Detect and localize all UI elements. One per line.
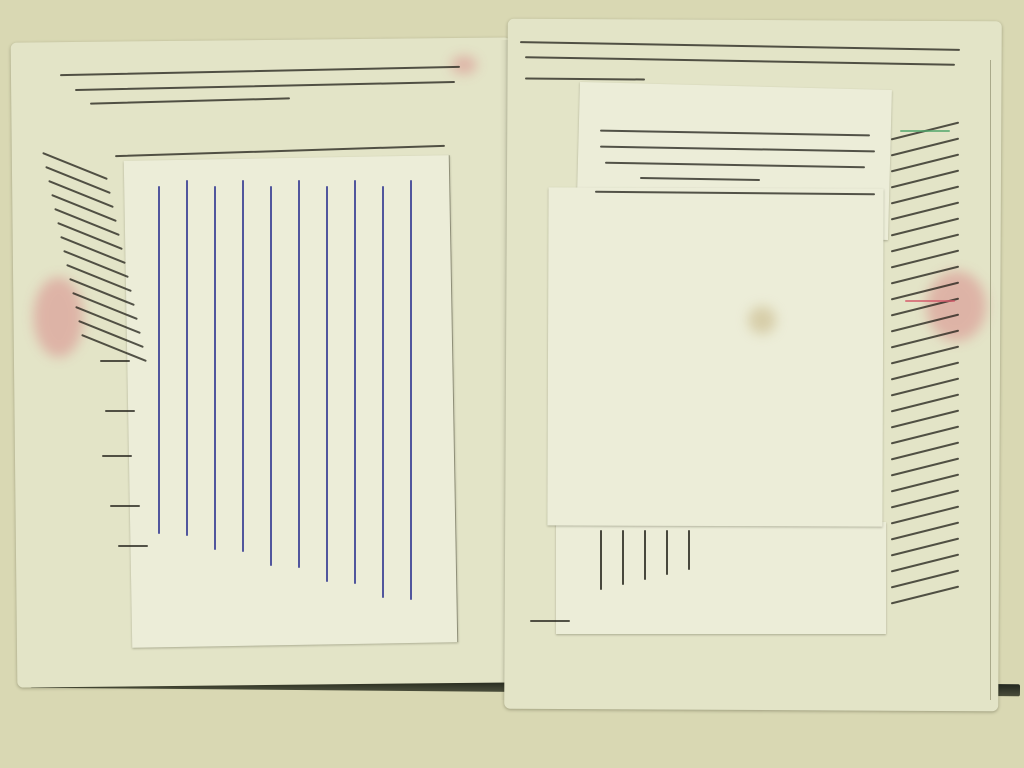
blue-ink-slip [124,155,458,648]
handwriting-stroke [270,186,272,566]
handwriting-stroke [326,186,328,582]
handwriting-stroke [382,186,384,598]
red-stain [451,56,477,74]
red-stain [33,277,84,358]
handwriting-stroke [102,455,132,457]
handwriting-stroke [186,180,188,536]
handwriting-stroke [688,530,690,570]
handwriting-stroke [298,180,300,568]
handwriting-stroke [900,130,950,132]
handwriting-stroke [214,186,216,550]
handwriting-stroke [410,180,412,600]
handwriting-stroke [110,505,140,507]
lower-slip [556,522,886,634]
handwriting-stroke [100,360,130,362]
handwriting-stroke [530,620,570,622]
handwriting-stroke [622,530,624,585]
handwriting-stroke [242,180,244,552]
handwriting-stroke [666,530,668,575]
handwriting-stroke [600,530,602,590]
handwriting-stroke [118,545,148,547]
blank-slip [547,187,883,526]
handwriting-stroke [905,300,955,302]
handwriting-stroke [158,186,160,534]
handwriting-stroke [644,530,646,580]
handwriting-stroke [105,410,135,412]
handwriting-stroke [354,180,356,584]
water-stain [748,306,776,334]
page-edges [990,60,1021,700]
